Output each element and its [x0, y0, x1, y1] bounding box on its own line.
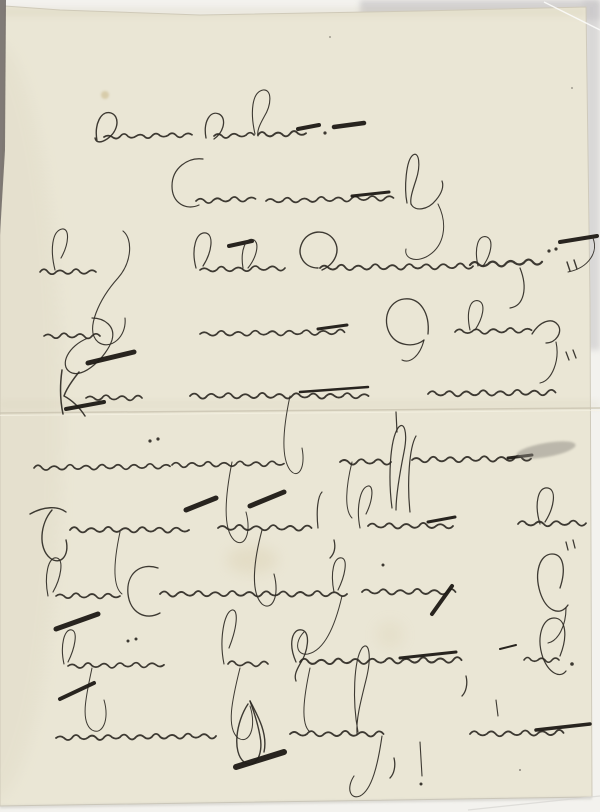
letter-photo: Handwritten letter page, pen and ink on …	[0, 0, 600, 812]
handwriting-stroke	[135, 638, 138, 641]
stain-spot	[101, 91, 109, 99]
paper-shade-top	[0, 7, 586, 17]
letter-photo-canvas: Handwritten letter page, pen and ink on …	[0, 0, 600, 812]
paper-speck-2	[519, 769, 521, 771]
handwriting-stroke	[547, 249, 550, 252]
handwriting-stroke	[323, 131, 326, 134]
handwriting-stroke	[420, 783, 423, 786]
handwriting-stroke	[554, 247, 557, 250]
handwriting-stroke	[156, 437, 159, 440]
paper-speck-1	[571, 87, 573, 89]
handwriting-stroke	[570, 662, 574, 666]
handwriting-stroke	[148, 439, 151, 442]
paper-speck-3	[329, 36, 331, 38]
stain-faint-1	[226, 546, 278, 574]
handwriting-stroke	[127, 640, 130, 643]
handwriting-stroke	[382, 564, 385, 567]
stain-faint-2	[376, 621, 404, 649]
